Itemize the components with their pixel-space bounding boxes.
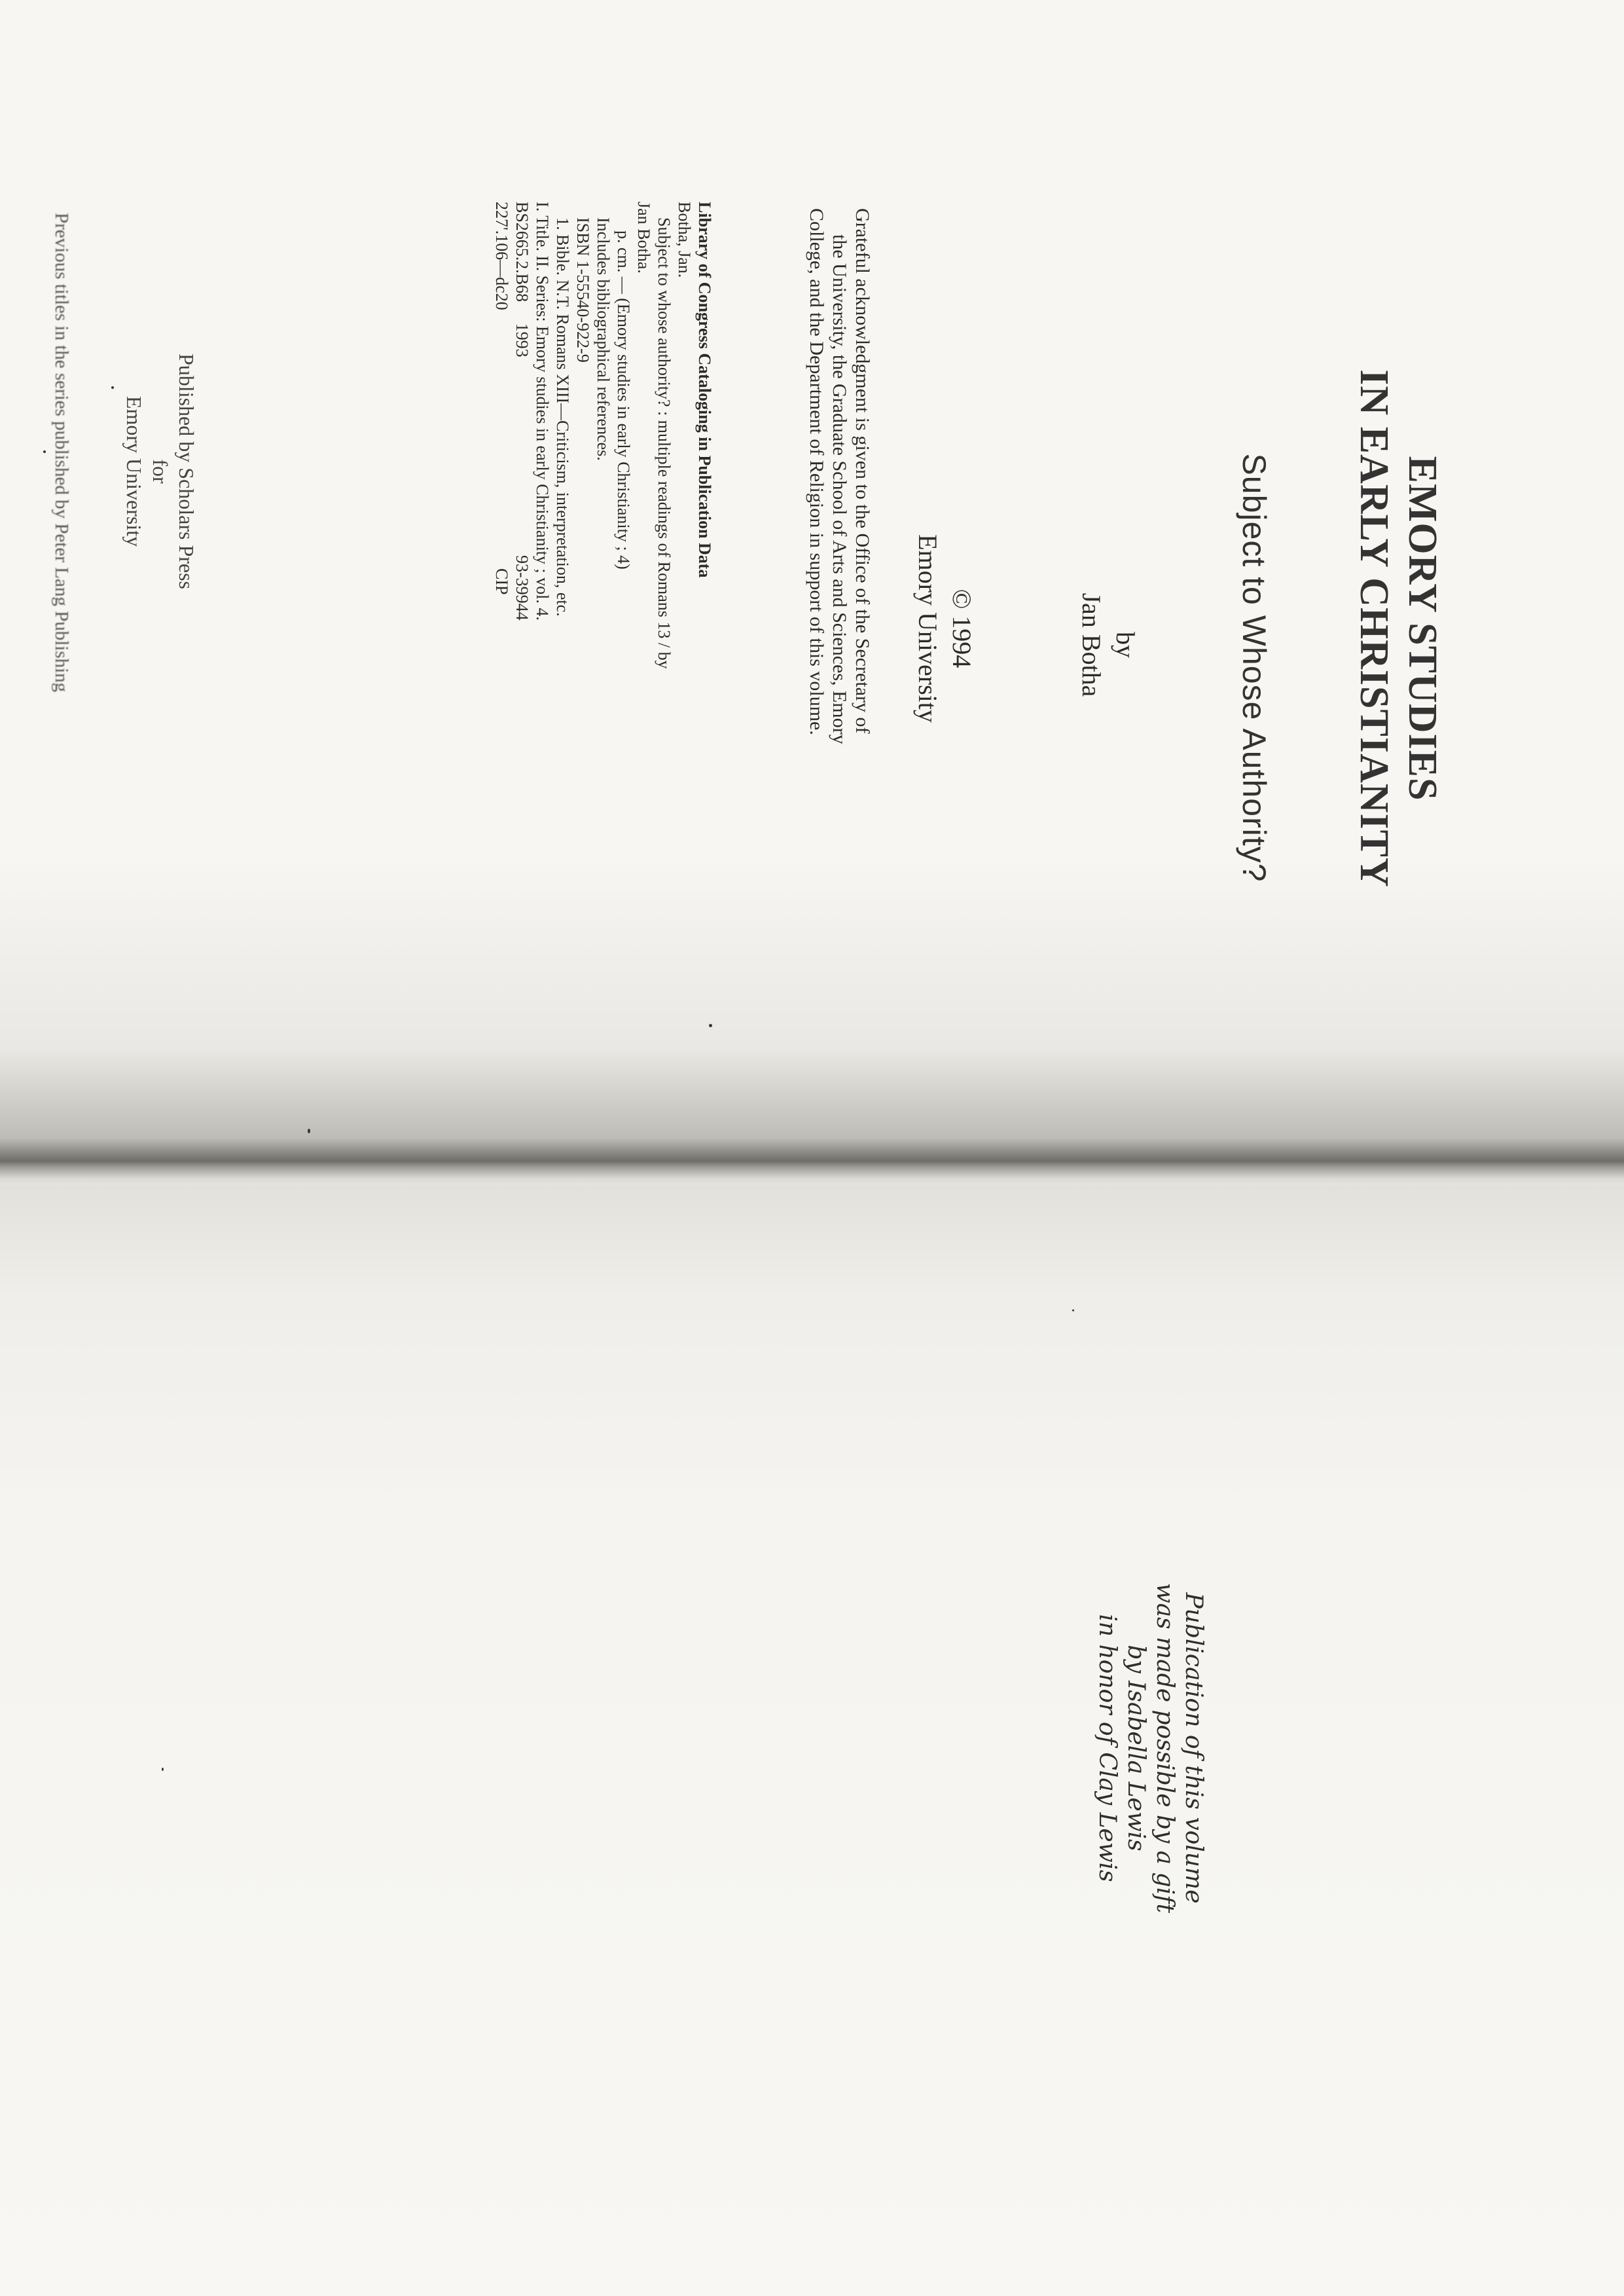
series-title-line: EMORY STUDIES [1398,367,1447,890]
cip-line: Subject to whose authority? : multiple r… [654,202,674,669]
ack-line: College, and the Department of Religion … [805,208,828,744]
dedication-line: was made possible by a gift [1150,1512,1179,1984]
scan-speck [43,450,46,453]
cip-classification-row: BS2665.2.B68 1993 93-39944 [512,202,532,669]
cip-line: Includes bibliographical references. [593,202,613,669]
scan-speck [709,1024,712,1027]
cip-line: 1. Bible. N.T. Romans XIII—Criticism, in… [552,202,573,669]
publisher-line: for [147,288,173,655]
copyright-block: © 1994 Emory University [911,498,979,759]
series-title-line: IN EARLY CHRISTIANITY [1350,367,1398,890]
previous-titles-note: Previous titles in the series published … [50,213,72,692]
cip-classification-row: 227'.106—dc20 CIP [492,202,512,669]
cip-line: p. cm. — (Emory studies in early Christi… [613,202,634,669]
dedication-line: in honor of Clay Lewis [1092,1512,1121,1984]
dedication: Publication of this volume was made poss… [1092,1512,1208,1984]
dewey-number: 227'.106—dc20 [492,202,512,568]
author-name: Jan Botha [1074,563,1108,727]
book-title-text: Subject to Whose Authority? [1236,453,1272,882]
acknowledgment: Grateful acknowledgment is given to the … [805,208,874,744]
lccn: 93-39944 [512,555,532,621]
dedication-line: Publication of this volume [1179,1512,1208,1984]
cip-label: CIP [492,568,512,594]
lc-call-number: BS2665.2.B68 1993 [512,202,532,555]
book-title: Subject to Whose Authority? [1235,327,1273,1008]
cip-data: Library of Congress Cataloging in Public… [492,202,715,669]
scan-speck [308,1129,310,1133]
scan-speck [162,1768,164,1771]
cip-line: Botha, Jan. [674,202,695,669]
publisher-line: Emory University [121,288,147,655]
dedication-line: by Isabella Lewis [1121,1512,1150,1984]
by-label: by [1108,563,1142,727]
cip-line: Jan Botha. [634,202,654,669]
previous-titles-text: Previous titles in the series published … [51,213,72,692]
ack-line: the University, the Graduate School of A… [828,208,851,744]
publisher-block: Published by Scholars Press for Emory Un… [121,288,200,655]
series-title: EMORY STUDIES IN EARLY CHRISTIANITY [1350,367,1447,890]
publisher-line: Published by Scholars Press [173,288,200,655]
cip-line: I. Title. II. Series: Emory studies in e… [532,202,552,669]
cip-heading: Library of Congress Cataloging in Public… [695,202,715,669]
cip-line: ISBN 1-55540-922-9 [573,202,593,669]
book-gutter [0,1139,1624,1185]
scan-speck [1072,1309,1074,1311]
right-page [0,1185,1624,2296]
copyright-year: © 1994 [945,498,979,759]
scan-speck [111,386,114,389]
ack-line: Grateful acknowledgment is given to the … [851,208,874,744]
copyright-holder: Emory University [911,498,945,759]
author-block: by Jan Botha [1074,563,1142,727]
